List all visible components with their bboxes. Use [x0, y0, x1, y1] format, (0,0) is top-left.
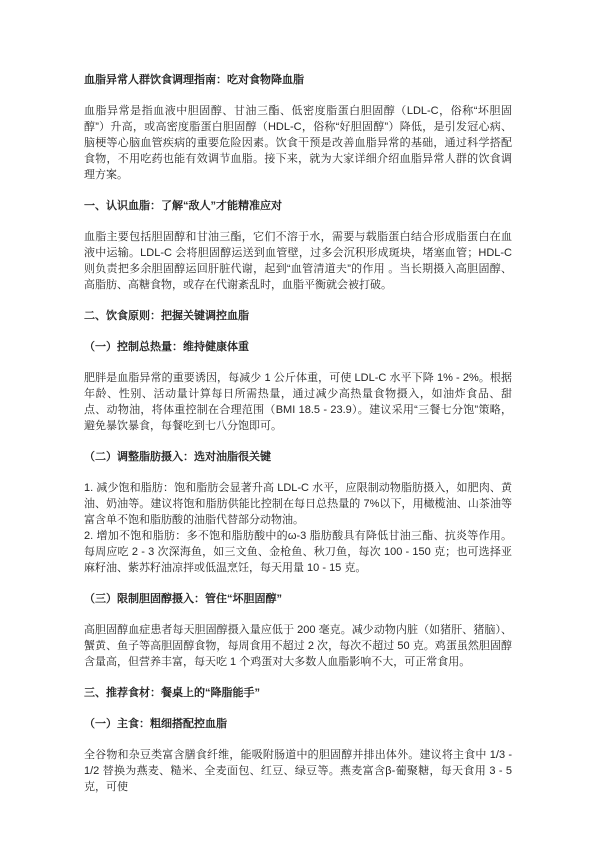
- document-content: 血脂异常人群饮食调理指南：吃对食物降血脂 血脂异常是指血液中胆固醇、甘油三酯、低…: [0, 0, 595, 795]
- subsection-3-1-heading: （一）主食：粗细搭配控血脂: [84, 716, 512, 732]
- subsection-2-2-heading: （二）调整脂肪摄入：选对油脂很关键: [84, 449, 512, 465]
- list-item: 2. 增加不饱和脂肪：多不饱和脂肪酸中的ω-3 脂肪酸具有降低甘油三酯、抗炎等作…: [84, 528, 512, 576]
- subsection-3-1-body: 全谷物和杂豆类富含膳食纤维，能吸附肠道中的胆固醇并排出体外。建议将主食中 1/3…: [84, 747, 512, 795]
- document-title: 血脂异常人群饮食调理指南：吃对食物降血脂: [84, 72, 512, 88]
- subsection-2-1-heading: （一）控制总热量：维持健康体重: [84, 339, 512, 355]
- section-2-heading: 二、饮食原则：把握关键调控血脂: [84, 308, 512, 324]
- section-1-body: 血脂主要包括胆固醇和甘油三酯，它们不溶于水，需要与载脂蛋白结合形成脂蛋白在血液中…: [84, 229, 512, 293]
- section-3-heading: 三、推荐食材：餐桌上的“降脂能手”: [84, 685, 512, 701]
- subsection-2-3-heading: （三）限制胆固醇摄入：管住“坏胆固醇”: [84, 591, 512, 607]
- document-page: 血脂异常人群饮食调理指南：吃对食物降血脂 血脂异常是指血液中胆固醇、甘油三酯、低…: [0, 0, 595, 841]
- fat-intake-list: 1. 减少饱和脂肪：饱和脂肪会显著升高 LDL-C 水平，应限制动物脂肪摄入，如…: [84, 480, 512, 576]
- intro-paragraph: 血脂异常是指血液中胆固醇、甘油三酯、低密度脂蛋白胆固醇（LDL-C，俗称“坏胆固…: [84, 103, 512, 183]
- section-1-heading: 一、认识血脂：了解“敌人”才能精准应对: [84, 198, 512, 214]
- subsection-2-3-body: 高胆固醇血症患者每天胆固醇摄入量应低于 200 毫克。减少动物内脏（如猪肝、猪脑…: [84, 622, 512, 670]
- list-item: 1. 减少饱和脂肪：饱和脂肪会显著升高 LDL-C 水平，应限制动物脂肪摄入，如…: [84, 480, 512, 528]
- subsection-2-1-body: 肥胖是血脂异常的重要诱因，每减少 1 公斤体重，可使 LDL-C 水平下降 1%…: [84, 370, 512, 434]
